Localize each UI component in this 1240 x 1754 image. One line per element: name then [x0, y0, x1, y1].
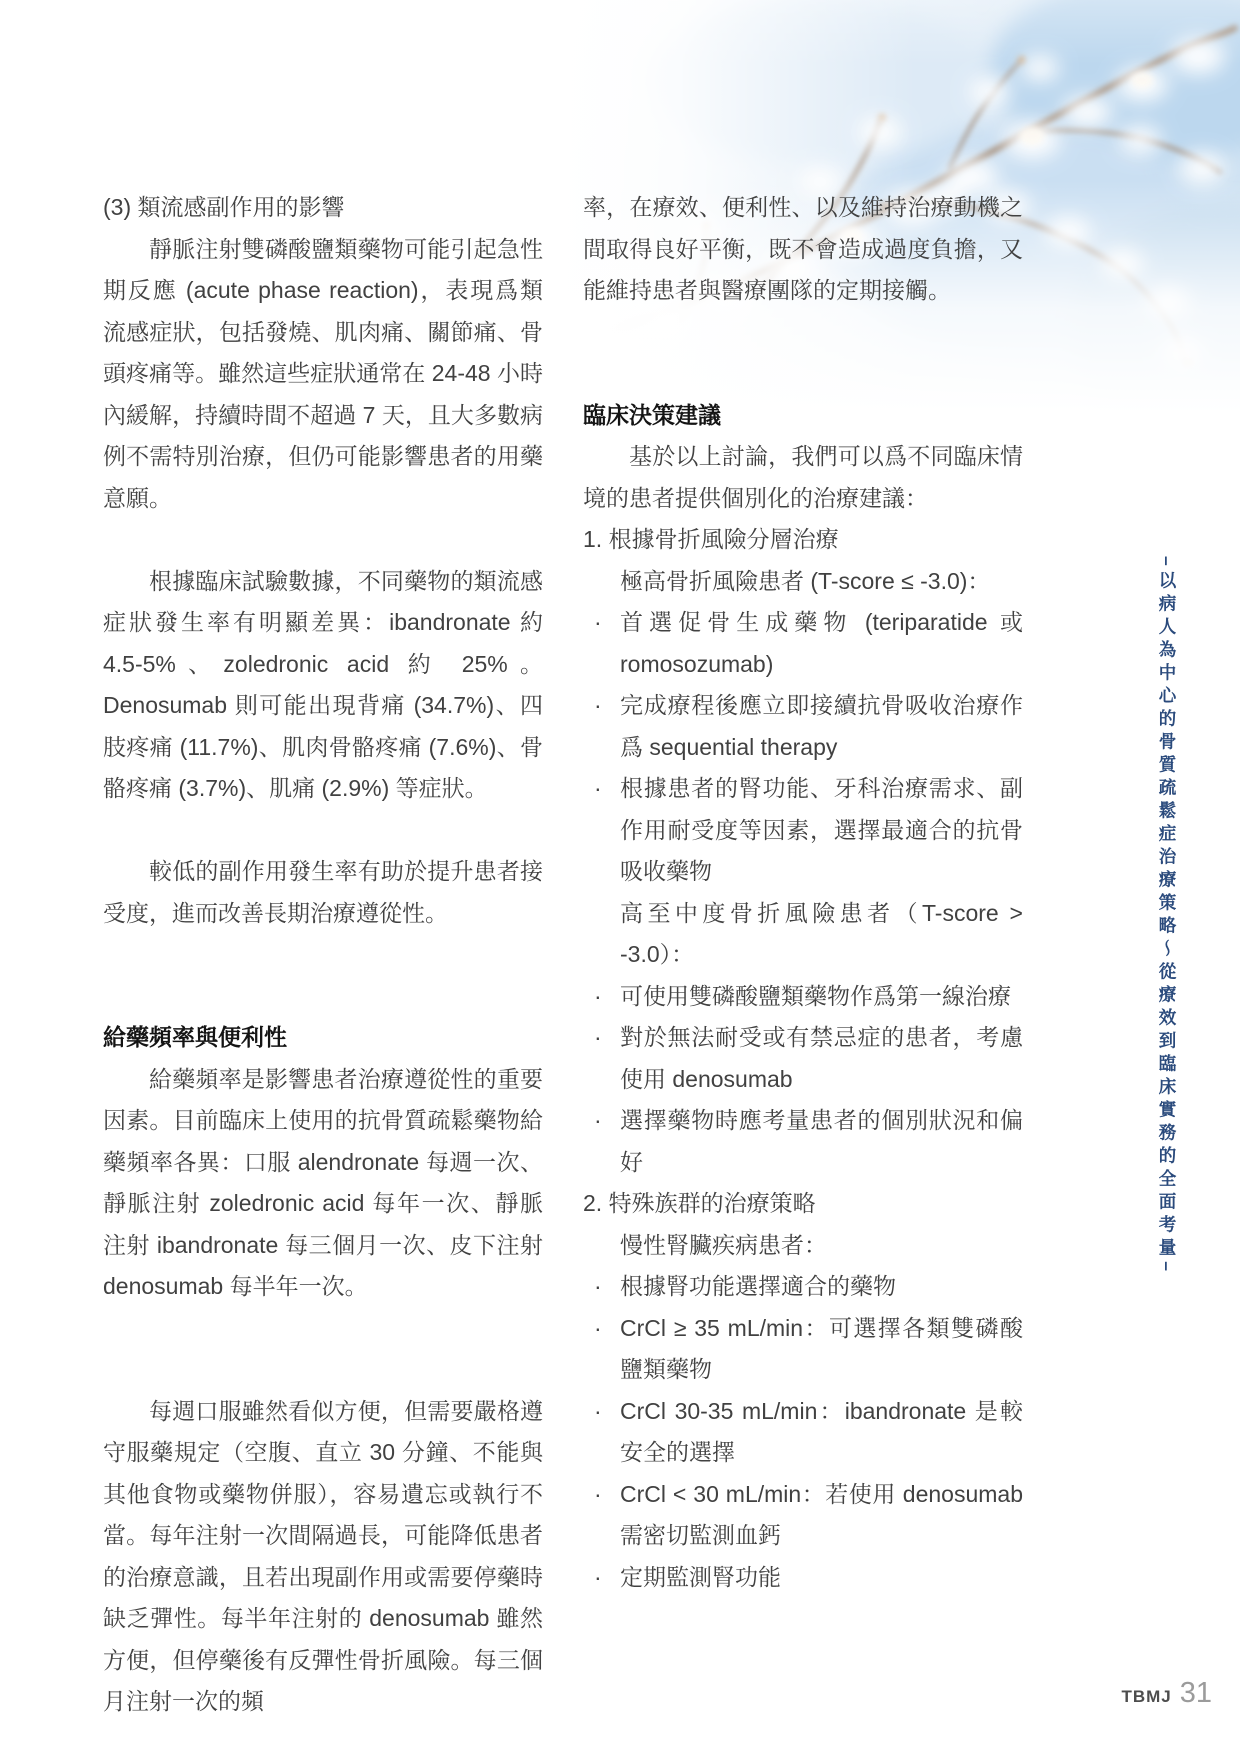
paragraph-weekly-oral: 每週口服雖然看似方便，但需要嚴格遵守服藥規定（空腹、直立 30 分鐘、不能與其他…	[103, 1391, 543, 1723]
bullet-marker: ·	[594, 1308, 620, 1391]
section-heading-clinical-decision: 臨床決策建議	[583, 395, 1023, 437]
bullet-marker: ·	[594, 976, 620, 1018]
paragraph-incidence: 根據臨床試驗數據，不同藥物的類流感症狀發生率有明顯差異：ibandronate …	[103, 561, 543, 810]
bullet-marker: ·	[594, 685, 620, 768]
list-item: · 可使用雙磷酸鹽類藥物作爲第一線治療	[583, 976, 1023, 1018]
bullet-text: CrCl 30-35 mL/min：ibandronate 是較安全的選擇	[620, 1391, 1023, 1474]
bullet-text: 選擇藥物時應考量患者的個別狀況和偏好	[620, 1100, 1023, 1183]
list-item: · 首選促骨生成藥物 (teriparatide 或 romosozumab)	[583, 602, 1023, 685]
list-title-risk-stratified: 1. 根據骨折風險分層治療	[583, 519, 1023, 561]
bullet-marker: ·	[594, 1266, 620, 1308]
bullet-text: CrCl < 30 mL/min：若使用 denosumab 需密切監測血鈣	[620, 1474, 1023, 1557]
list-item: · 根據腎功能選擇適合的藥物	[583, 1266, 1023, 1308]
bullet-text: 對於無法耐受或有禁忌症的患者，考慮使用 denosumab	[620, 1017, 1023, 1100]
left-column: (3) 類流感副作用的影響 靜脈注射雙磷酸鹽類藥物可能引起急性期反應 (acut…	[103, 187, 543, 1723]
vertical-article-title: –以病人為中心的骨質疏鬆症治療策略〜從療效到臨床實務的全面考量–	[1150, 556, 1184, 1326]
list-item: · 根據患者的腎功能、牙科治療需求、副作用耐受度等因素，選擇最適合的抗骨吸收藥物	[583, 768, 1023, 893]
list-item: · 對於無法耐受或有禁忌症的患者，考慮使用 denosumab	[583, 1017, 1023, 1100]
page-footer: TBMJ 31	[1121, 1677, 1212, 1710]
journal-name: TBMJ	[1121, 1687, 1171, 1707]
list-item: · 定期監測腎功能	[583, 1557, 1023, 1599]
list-item: · CrCl ≥ 35 mL/min：可選擇各類雙磷酸鹽類藥物	[583, 1308, 1023, 1391]
paragraph-acceptance: 較低的副作用發生率有助於提升患者接受度，進而改善長期治療遵從性。	[103, 851, 543, 934]
paragraph-acute-phase: 靜脈注射雙磷酸鹽類藥物可能引起急性期反應 (acute phase reacti…	[103, 229, 543, 520]
bullet-text: 根據患者的腎功能、牙科治療需求、副作用耐受度等因素，選擇最適合的抗骨吸收藥物	[620, 768, 1023, 893]
section-heading-dosing-frequency: 給藥頻率與便利性	[103, 1017, 543, 1059]
paragraph-intro: 基於以上討論，我們可以爲不同臨床情境的患者提供個別化的治療建議：	[583, 436, 1023, 519]
list-item: · CrCl 30-35 mL/min：ibandronate 是較安全的選擇	[583, 1391, 1023, 1474]
bullet-marker: ·	[594, 1474, 620, 1557]
paragraph-frequency: 給藥頻率是影響患者治療遵從性的重要因素。目前臨床上使用的抗骨質疏鬆藥物給藥頻率各…	[103, 1059, 543, 1308]
group-title-mid-risk: 高至中度骨折風險患者（T-score > -3.0）：	[583, 893, 1023, 976]
paragraph-continuation: 率，在療效、便利性、以及維持治療動機之間取得良好平衡，既不會造成過度負擔，又能維…	[583, 187, 1023, 312]
bullet-marker: ·	[594, 602, 620, 685]
bullet-marker: ·	[594, 768, 620, 893]
bullet-marker: ·	[594, 1557, 620, 1599]
bullet-marker: ·	[594, 1017, 620, 1100]
subsection-heading: (3) 類流感副作用的影響	[103, 187, 543, 229]
bullet-text: 根據腎功能選擇適合的藥物	[620, 1266, 1023, 1308]
bullet-text: 可使用雙磷酸鹽類藥物作爲第一線治療	[620, 976, 1023, 1018]
group-title-ckd: 慢性腎臟疾病患者：	[583, 1225, 1023, 1267]
bullet-text: CrCl ≥ 35 mL/min：可選擇各類雙磷酸鹽類藥物	[620, 1308, 1023, 1391]
group-title-very-high-risk: 極高骨折風險患者 (T-score ≤ -3.0)：	[583, 561, 1023, 603]
page-number: 31	[1180, 1677, 1212, 1710]
right-column: 率，在療效、便利性、以及維持治療動機之間取得良好平衡，既不會造成過度負擔，又能維…	[583, 187, 1023, 1598]
list-item: · CrCl < 30 mL/min：若使用 denosumab 需密切監測血鈣	[583, 1474, 1023, 1557]
list-item: · 完成療程後應立即接續抗骨吸收治療作爲 sequential therapy	[583, 685, 1023, 768]
list-title-special-populations: 2. 特殊族群的治療策略	[583, 1183, 1023, 1225]
bullet-text: 定期監測腎功能	[620, 1557, 1023, 1599]
bullet-marker: ·	[594, 1100, 620, 1183]
bullet-text: 完成療程後應立即接續抗骨吸收治療作爲 sequential therapy	[620, 685, 1023, 768]
magazine-page: (3) 類流感副作用的影響 靜脈注射雙磷酸鹽類藥物可能引起急性期反應 (acut…	[0, 0, 1240, 1754]
bullet-text: 首選促骨生成藥物 (teriparatide 或 romosozumab)	[620, 602, 1023, 685]
list-item: · 選擇藥物時應考量患者的個別狀況和偏好	[583, 1100, 1023, 1183]
bullet-marker: ·	[594, 1391, 620, 1474]
